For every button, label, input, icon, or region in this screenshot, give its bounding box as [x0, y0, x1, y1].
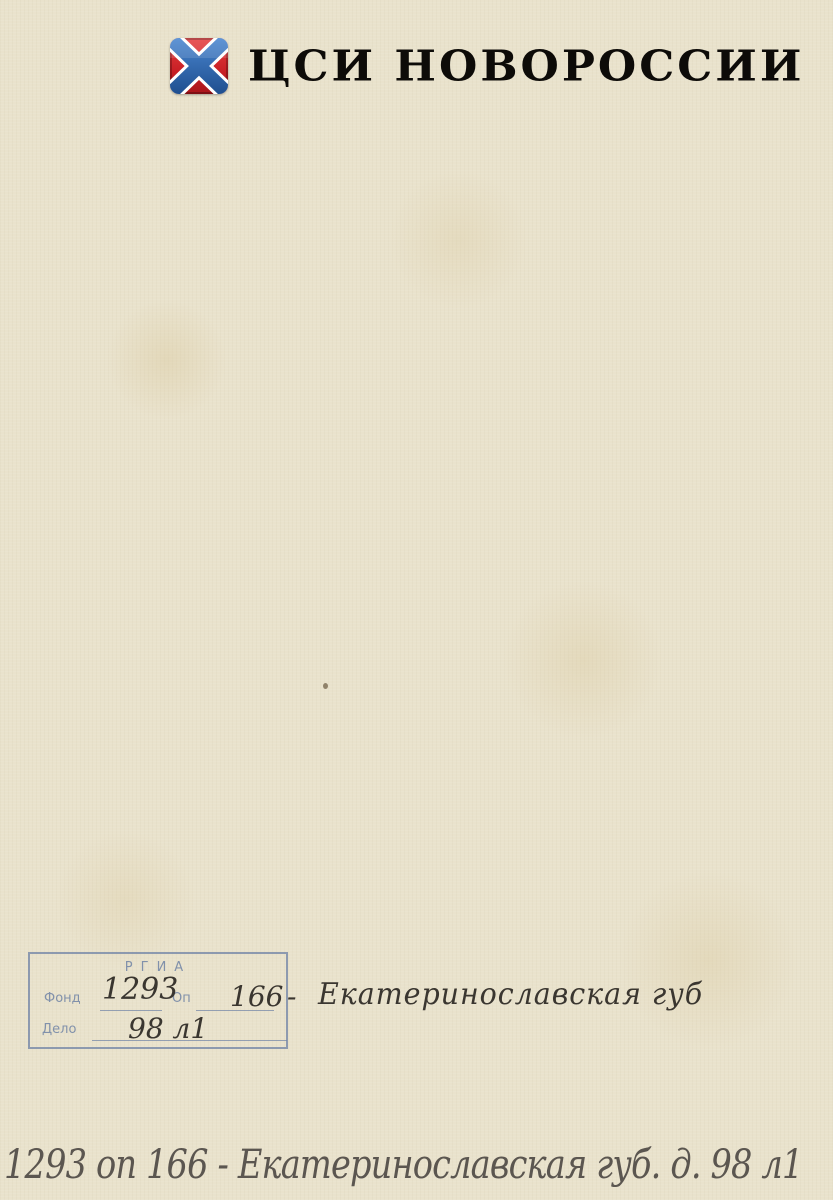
fond-number: 1293: [102, 972, 178, 1007]
province-handwriting: Екатеринославская губ: [318, 977, 703, 1012]
stamp-fond-label: Фонд: [44, 991, 81, 1006]
site-title: ЦСИ НОВОРОССИИ: [248, 42, 804, 90]
bottom-archive-note: 1293 оп 166 - Екатеринославская губ. д. …: [4, 1142, 803, 1188]
novorossiya-flag-icon: [170, 38, 228, 94]
delo-number: 98 л1: [128, 1012, 208, 1045]
site-header: ЦСИ НОВОРОССИИ: [170, 38, 804, 94]
stamp-delo-label: Дело: [42, 1022, 76, 1037]
paper-speck: [323, 683, 328, 689]
dash: -: [287, 980, 296, 1013]
opis-number: 166: [230, 980, 283, 1013]
stamp-fond-line: [100, 1010, 162, 1011]
